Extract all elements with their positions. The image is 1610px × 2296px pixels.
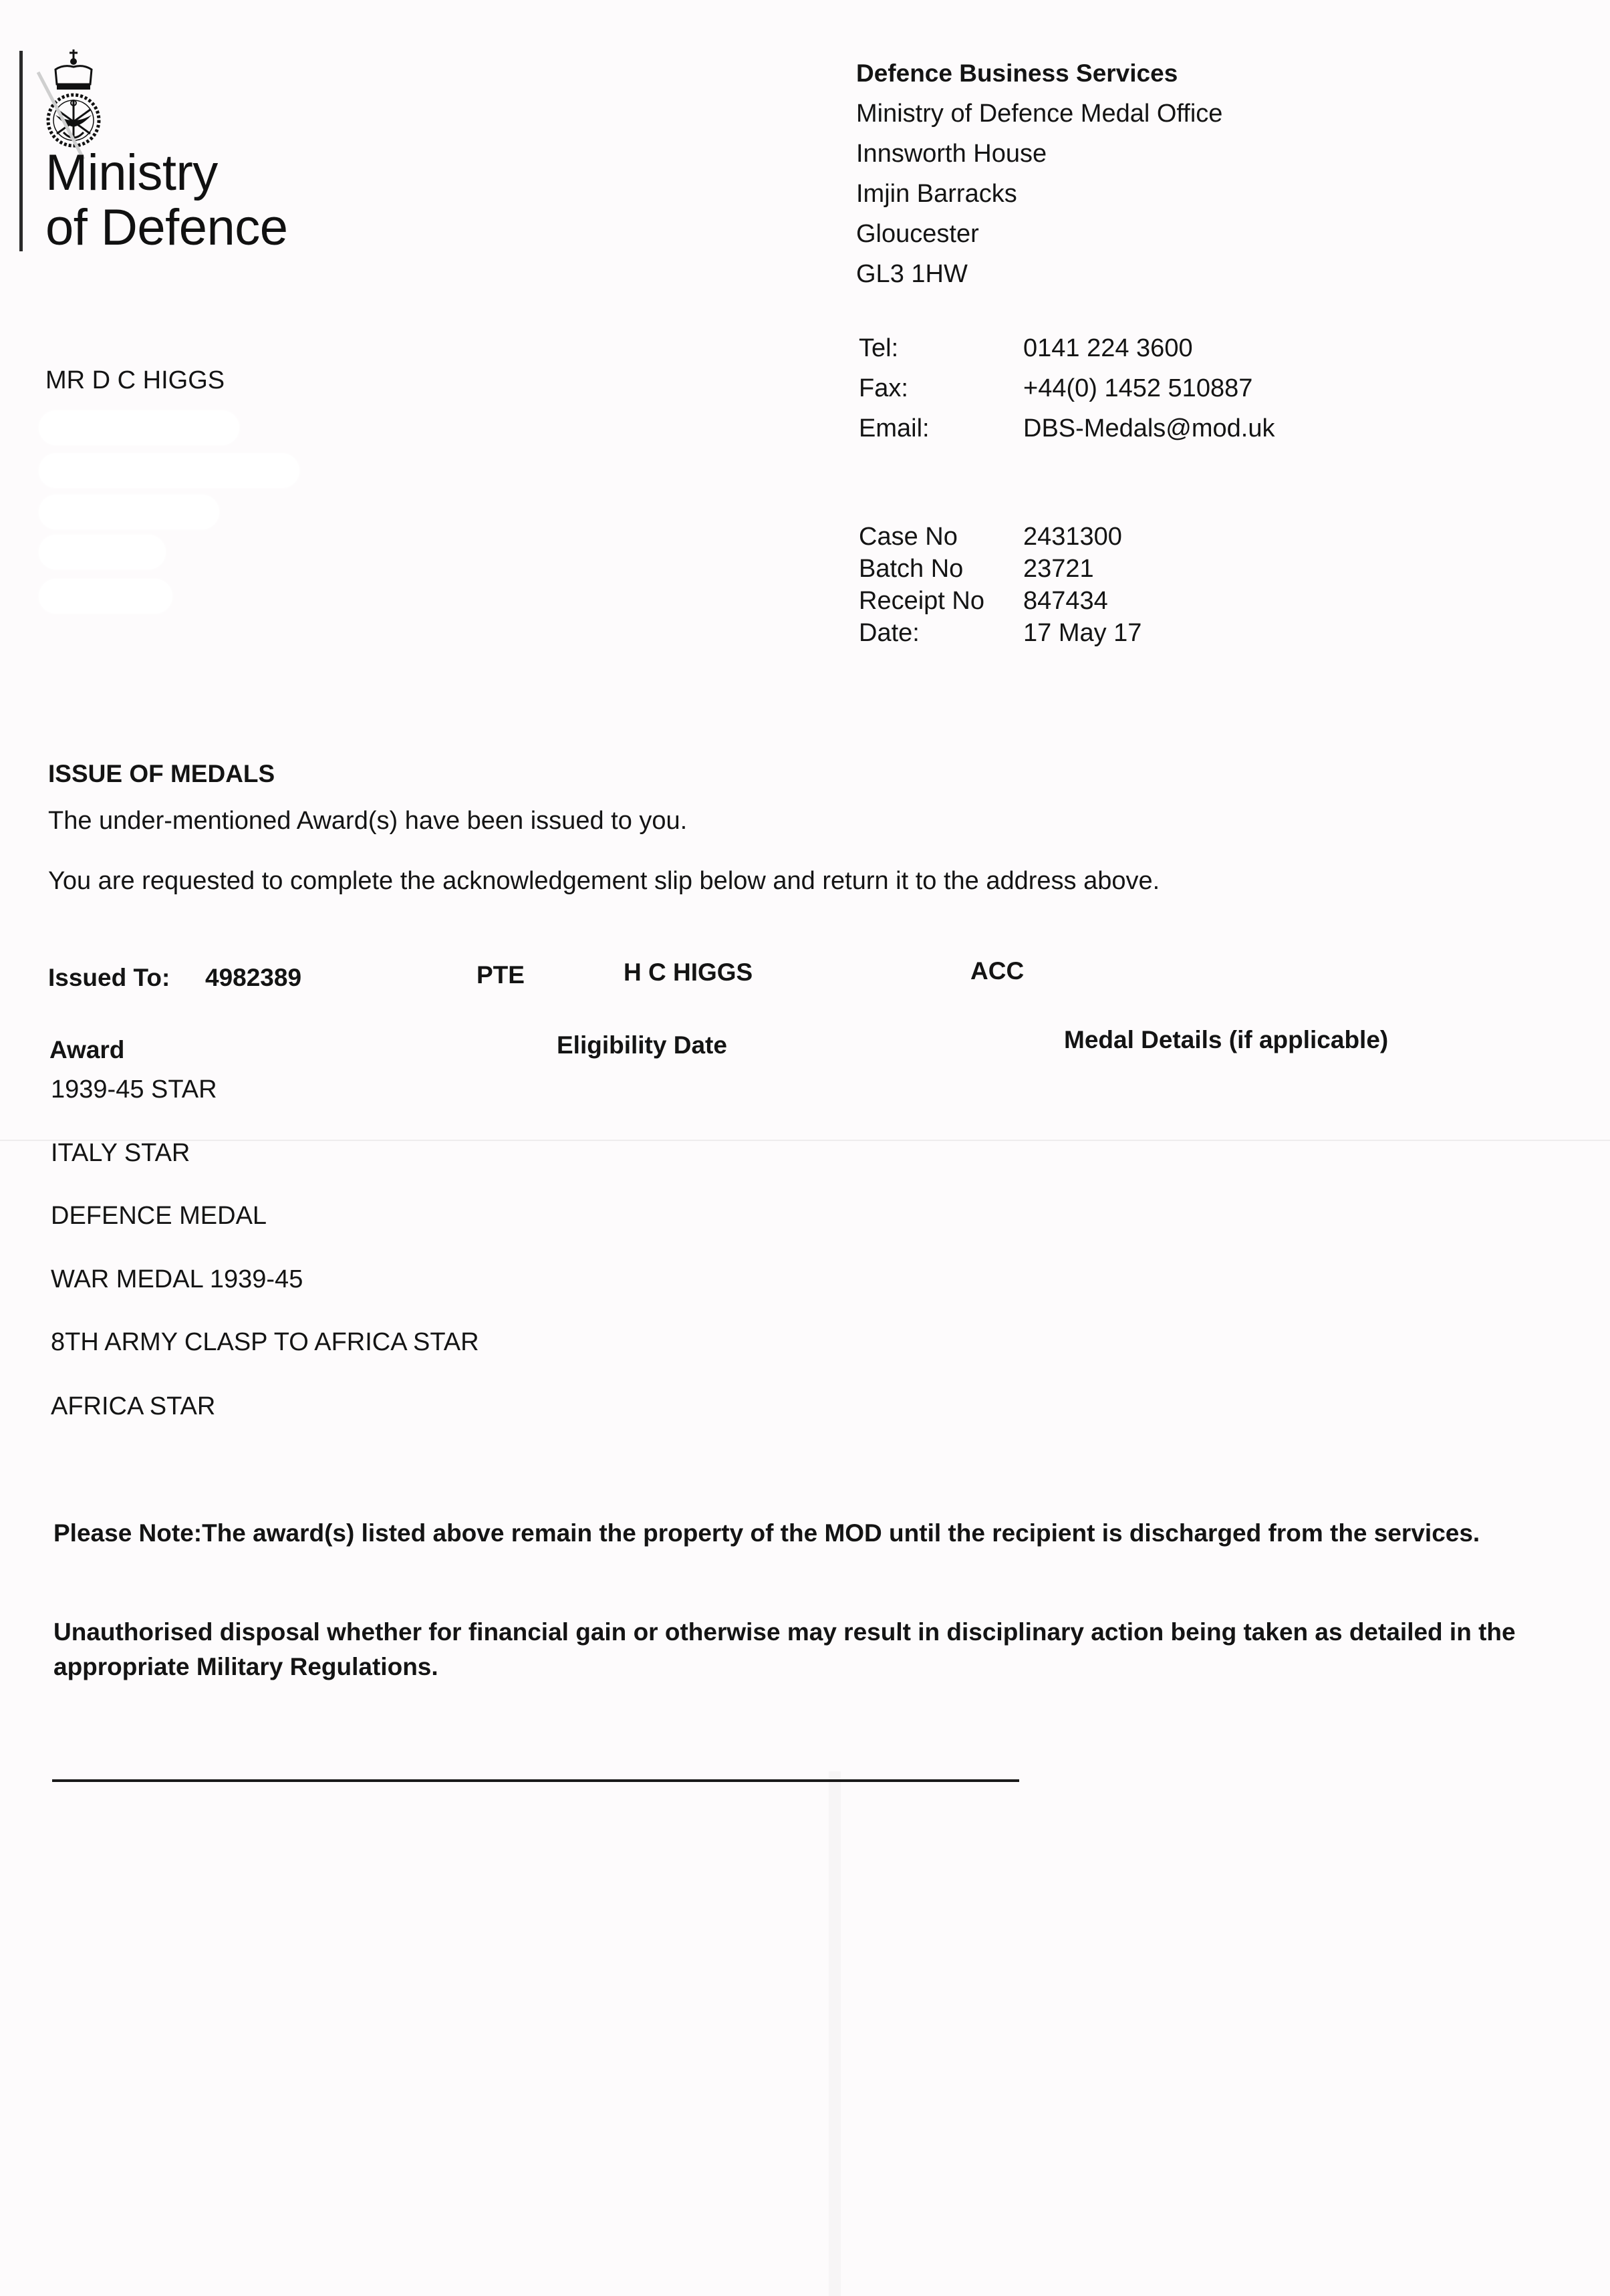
reference-case-no: Case No 2431300 (859, 523, 1393, 555)
reference-label: Batch No (859, 555, 963, 584)
paper-fold-vertical (829, 1771, 841, 2296)
redacted-address-line (39, 453, 299, 488)
column-header-award: Award (49, 1036, 124, 1064)
sender-address-line: Imjin Barracks (856, 174, 1222, 214)
contact-value: DBS-Medals@mod.uk (1023, 414, 1274, 443)
contact-label: Email: (859, 414, 930, 443)
redacted-address-line (39, 495, 219, 529)
contact-fax: Fax: +44(0) 1452 510887 (859, 374, 1393, 414)
reference-receipt-no: Receipt No 847434 (859, 587, 1393, 619)
property-note: Please Note:The award(s) listed above re… (53, 1516, 1544, 1551)
award-row: WAR MEDAL 1939-45 (51, 1265, 303, 1294)
sender-address-line: Innsworth House (856, 134, 1222, 174)
reference-value: 23721 (1023, 555, 1094, 584)
reference-date: Date: 17 May 17 (859, 619, 1393, 651)
award-row: 8TH ARMY CLASP TO AFRICA STAR (51, 1328, 479, 1357)
paper-fold-horizontal (0, 1140, 1610, 1141)
sender-address: Defence Business Services Ministry of De… (856, 53, 1222, 294)
reference-label: Case No (859, 523, 958, 551)
recipient-name: MR D C HIGGS (45, 366, 225, 395)
redacted-address-line (39, 535, 166, 569)
column-header-medal-details: Medal Details (if applicable) (1064, 1026, 1388, 1054)
logo-rule (19, 51, 23, 251)
service-number: 4982389 (205, 964, 301, 992)
reference-value: 17 May 17 (1023, 619, 1142, 648)
award-row: ITALY STAR (51, 1139, 190, 1168)
contact-label: Fax: (859, 374, 908, 403)
recipient-service-name: H C HIGGS (624, 959, 753, 987)
award-row: DEFENCE MEDAL (51, 1202, 267, 1231)
ministry-of-defence-logo: Ministry of Defence (45, 146, 288, 255)
sender-address-line: GL3 1HW (856, 254, 1222, 294)
logo-line-1: Ministry (45, 146, 288, 201)
award-row: 1939-45 STAR (51, 1075, 217, 1104)
reference-label: Receipt No (859, 587, 984, 616)
reference-label: Date: (859, 619, 920, 648)
reference-details: Case No 2431300 Batch No 23721 Receipt N… (859, 523, 1393, 651)
logo-line-2: of Defence (45, 201, 288, 255)
contact-details: Tel: 0141 224 3600 Fax: +44(0) 1452 5108… (859, 334, 1393, 455)
reference-value: 2431300 (1023, 523, 1122, 551)
disposal-warning: Unauthorised disposal whether for financ… (53, 1615, 1544, 1684)
letter-title: ISSUE OF MEDALS (48, 760, 275, 788)
contact-value: +44(0) 1452 510887 (1023, 374, 1252, 403)
contact-label: Tel: (859, 334, 898, 363)
unit: ACC (970, 957, 1024, 985)
sender-organisation: Defence Business Services (856, 53, 1222, 94)
issued-to-label: Issued To: (48, 964, 170, 992)
intro-paragraph: The under-mentioned Award(s) have been i… (48, 807, 687, 836)
redacted-address-line (39, 579, 172, 614)
sender-address-line: Ministry of Defence Medal Office (856, 94, 1222, 134)
redacted-address-line (39, 410, 239, 445)
award-row: AFRICA STAR (51, 1392, 215, 1421)
acknowledgement-slip-divider (52, 1779, 1019, 1782)
contact-value: 0141 224 3600 (1023, 334, 1193, 363)
rank: PTE (477, 961, 525, 989)
reference-batch-no: Batch No 23721 (859, 555, 1393, 587)
column-header-eligibility-date: Eligibility Date (557, 1031, 727, 1059)
reference-value: 847434 (1023, 587, 1108, 616)
contact-tel: Tel: 0141 224 3600 (859, 334, 1393, 374)
instruction-paragraph: You are requested to complete the acknow… (48, 867, 1160, 896)
sender-address-line: Gloucester (856, 214, 1222, 254)
contact-email: Email: DBS-Medals@mod.uk (859, 414, 1393, 455)
royal-crest-icon (37, 45, 110, 159)
